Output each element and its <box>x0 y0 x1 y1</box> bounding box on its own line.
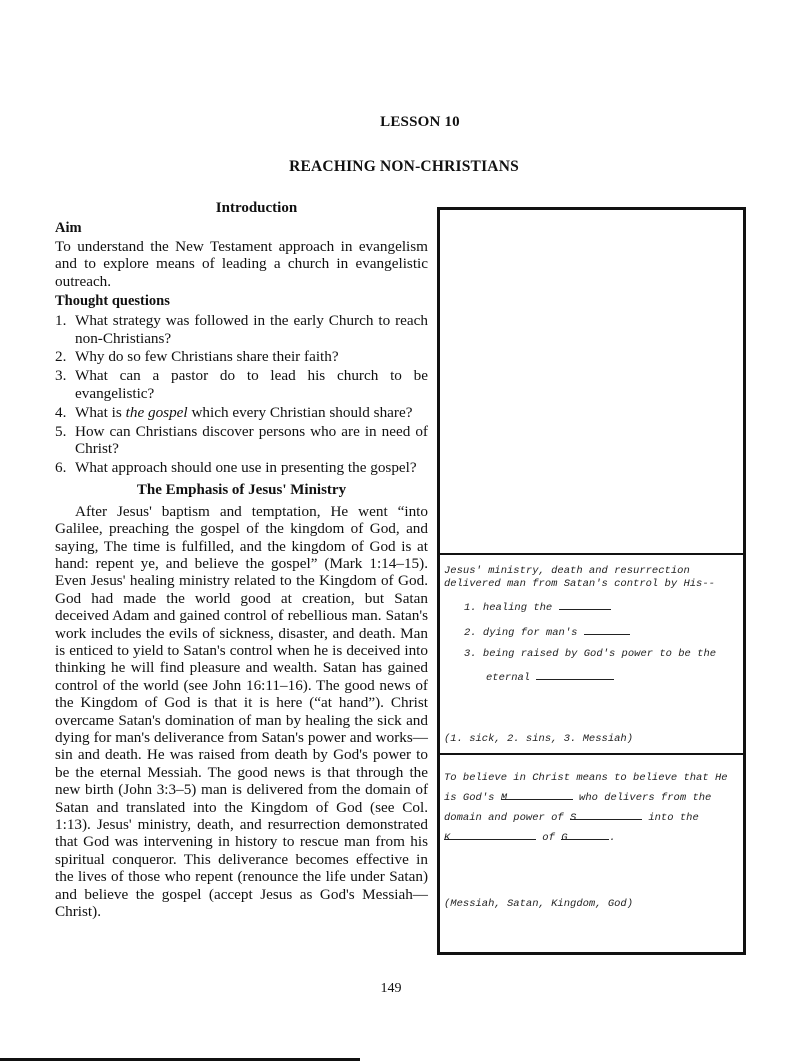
frame-3: To believe in Christ means to believe th… <box>444 768 739 914</box>
frame-2: Jesus' ministry, death and resurrection … <box>444 565 739 746</box>
lesson-number: LESSON 10 <box>0 114 799 131</box>
question-text: What approach should one use in presenti… <box>75 459 428 477</box>
frame-2-item: 2. dying for man's <box>444 623 739 640</box>
answer-blank[interactable] <box>559 598 611 610</box>
frame-3-line: To believe in Christ means to believe th… <box>444 768 739 788</box>
question-item: 2. Why do so few Christians share their … <box>55 348 428 366</box>
line-text: who delivers from the <box>573 792 712 804</box>
hint-letter: M <box>501 792 507 804</box>
frame-2-answers: (1. sick, 2. sins, 3. Messiah) <box>444 733 739 746</box>
aim-text: To understand the New Testament approach… <box>55 238 428 291</box>
question-text-italic: the gospel <box>126 404 188 421</box>
emphasis-heading: The Emphasis of Jesus' Ministry <box>55 482 428 500</box>
frame-2-intro-line: delivered man from Satan's control by Hi… <box>444 578 739 591</box>
line-text: of <box>536 832 561 844</box>
frame-3-answers: (Messiah, Satan, Kingdom, God) <box>444 894 739 914</box>
frame-2-item: 1. healing the <box>444 598 739 615</box>
hint-letter: S <box>570 812 576 824</box>
line-text: domain and power of <box>444 812 570 824</box>
frame-divider <box>440 553 743 555</box>
question-number: 2. <box>55 348 75 366</box>
line-text: . <box>609 832 615 844</box>
question-text-pre: What is <box>75 404 126 421</box>
answer-blank[interactable] <box>584 623 630 635</box>
question-item: 1. What strategy was followed in the ear… <box>55 312 428 348</box>
god-blank[interactable]: G <box>561 828 609 840</box>
aim-heading: Aim <box>55 220 428 238</box>
question-text: How can Christians discover persons who … <box>75 423 428 459</box>
left-column: Introduction Aim To understand the New T… <box>55 200 428 921</box>
question-text: What is the gospel which every Christian… <box>75 404 428 422</box>
frame-3-line: is God's M who delivers from the <box>444 788 739 808</box>
hint-letter: G <box>561 832 567 844</box>
kingdom-blank[interactable]: K <box>444 828 536 840</box>
question-number: 6. <box>55 459 75 477</box>
line-text: is God's <box>444 792 501 804</box>
answer-blank[interactable] <box>536 668 614 680</box>
item-text: dying for man's <box>483 627 578 639</box>
thought-questions-heading: Thought questions <box>55 293 428 311</box>
item-text: being raised by God's power to be the <box>483 648 716 660</box>
line-text: into the <box>642 812 699 824</box>
introduction-heading: Introduction <box>55 200 428 218</box>
question-item: 6. What approach should one use in prese… <box>55 459 428 477</box>
page-number: 149 <box>0 981 782 997</box>
question-item: 4. What is the gospel which every Christ… <box>55 404 428 422</box>
question-number: 3. <box>55 367 75 403</box>
frame-2-item: 3. being raised by God's power to be the <box>444 648 739 661</box>
question-text: What can a pastor do to lead his church … <box>75 367 428 403</box>
question-number: 4. <box>55 404 75 422</box>
messiah-blank[interactable]: M <box>501 788 573 800</box>
question-text-post: which every Christian should share? <box>188 404 413 421</box>
item-number: 1. <box>464 602 477 614</box>
satan-blank[interactable]: S <box>570 808 642 820</box>
bottom-rule <box>0 1058 360 1061</box>
frame-3-line: domain and power of S into the <box>444 808 739 828</box>
item-number: 3. <box>464 648 477 660</box>
page-title: REACHING NON-CHRISTIANS <box>0 158 799 176</box>
question-text: What strategy was followed in the early … <box>75 312 428 348</box>
frame-3-line: K of G. <box>444 828 739 848</box>
question-number: 5. <box>55 423 75 459</box>
question-number: 1. <box>55 312 75 348</box>
frame-2-intro-line: Jesus' ministry, death and resurrection <box>444 565 739 578</box>
frame-divider <box>440 753 743 755</box>
item-text: eternal <box>486 672 530 684</box>
programmed-frames-box: Jesus' ministry, death and resurrection … <box>437 207 746 955</box>
question-text: Why do so few Christians share their fai… <box>75 348 428 366</box>
item-text: healing the <box>483 602 552 614</box>
question-item: 5. How can Christians discover persons w… <box>55 423 428 459</box>
item-number: 2. <box>464 627 477 639</box>
frame-2-item-continued: eternal <box>444 668 739 685</box>
question-item: 3. What can a pastor do to lead his chur… <box>55 367 428 403</box>
hint-letter: K <box>444 832 450 844</box>
emphasis-paragraph: After Jesus' baptism and temptation, He … <box>55 503 428 921</box>
